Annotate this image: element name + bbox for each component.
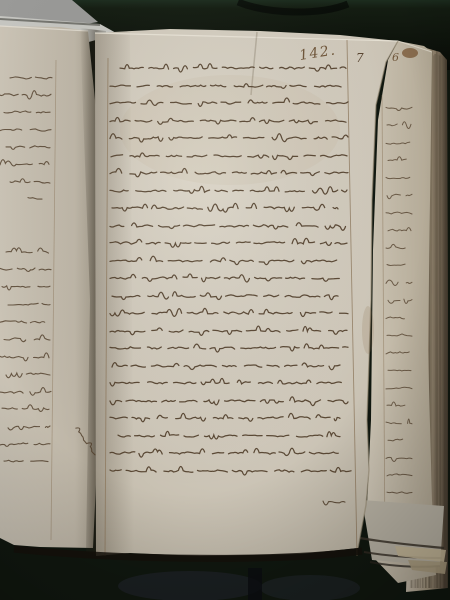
manuscript-photo: 6 142. 7 xyxy=(0,0,450,600)
vignette xyxy=(0,0,450,600)
manuscript-photo-svg: 6 142. 7 xyxy=(0,0,450,600)
